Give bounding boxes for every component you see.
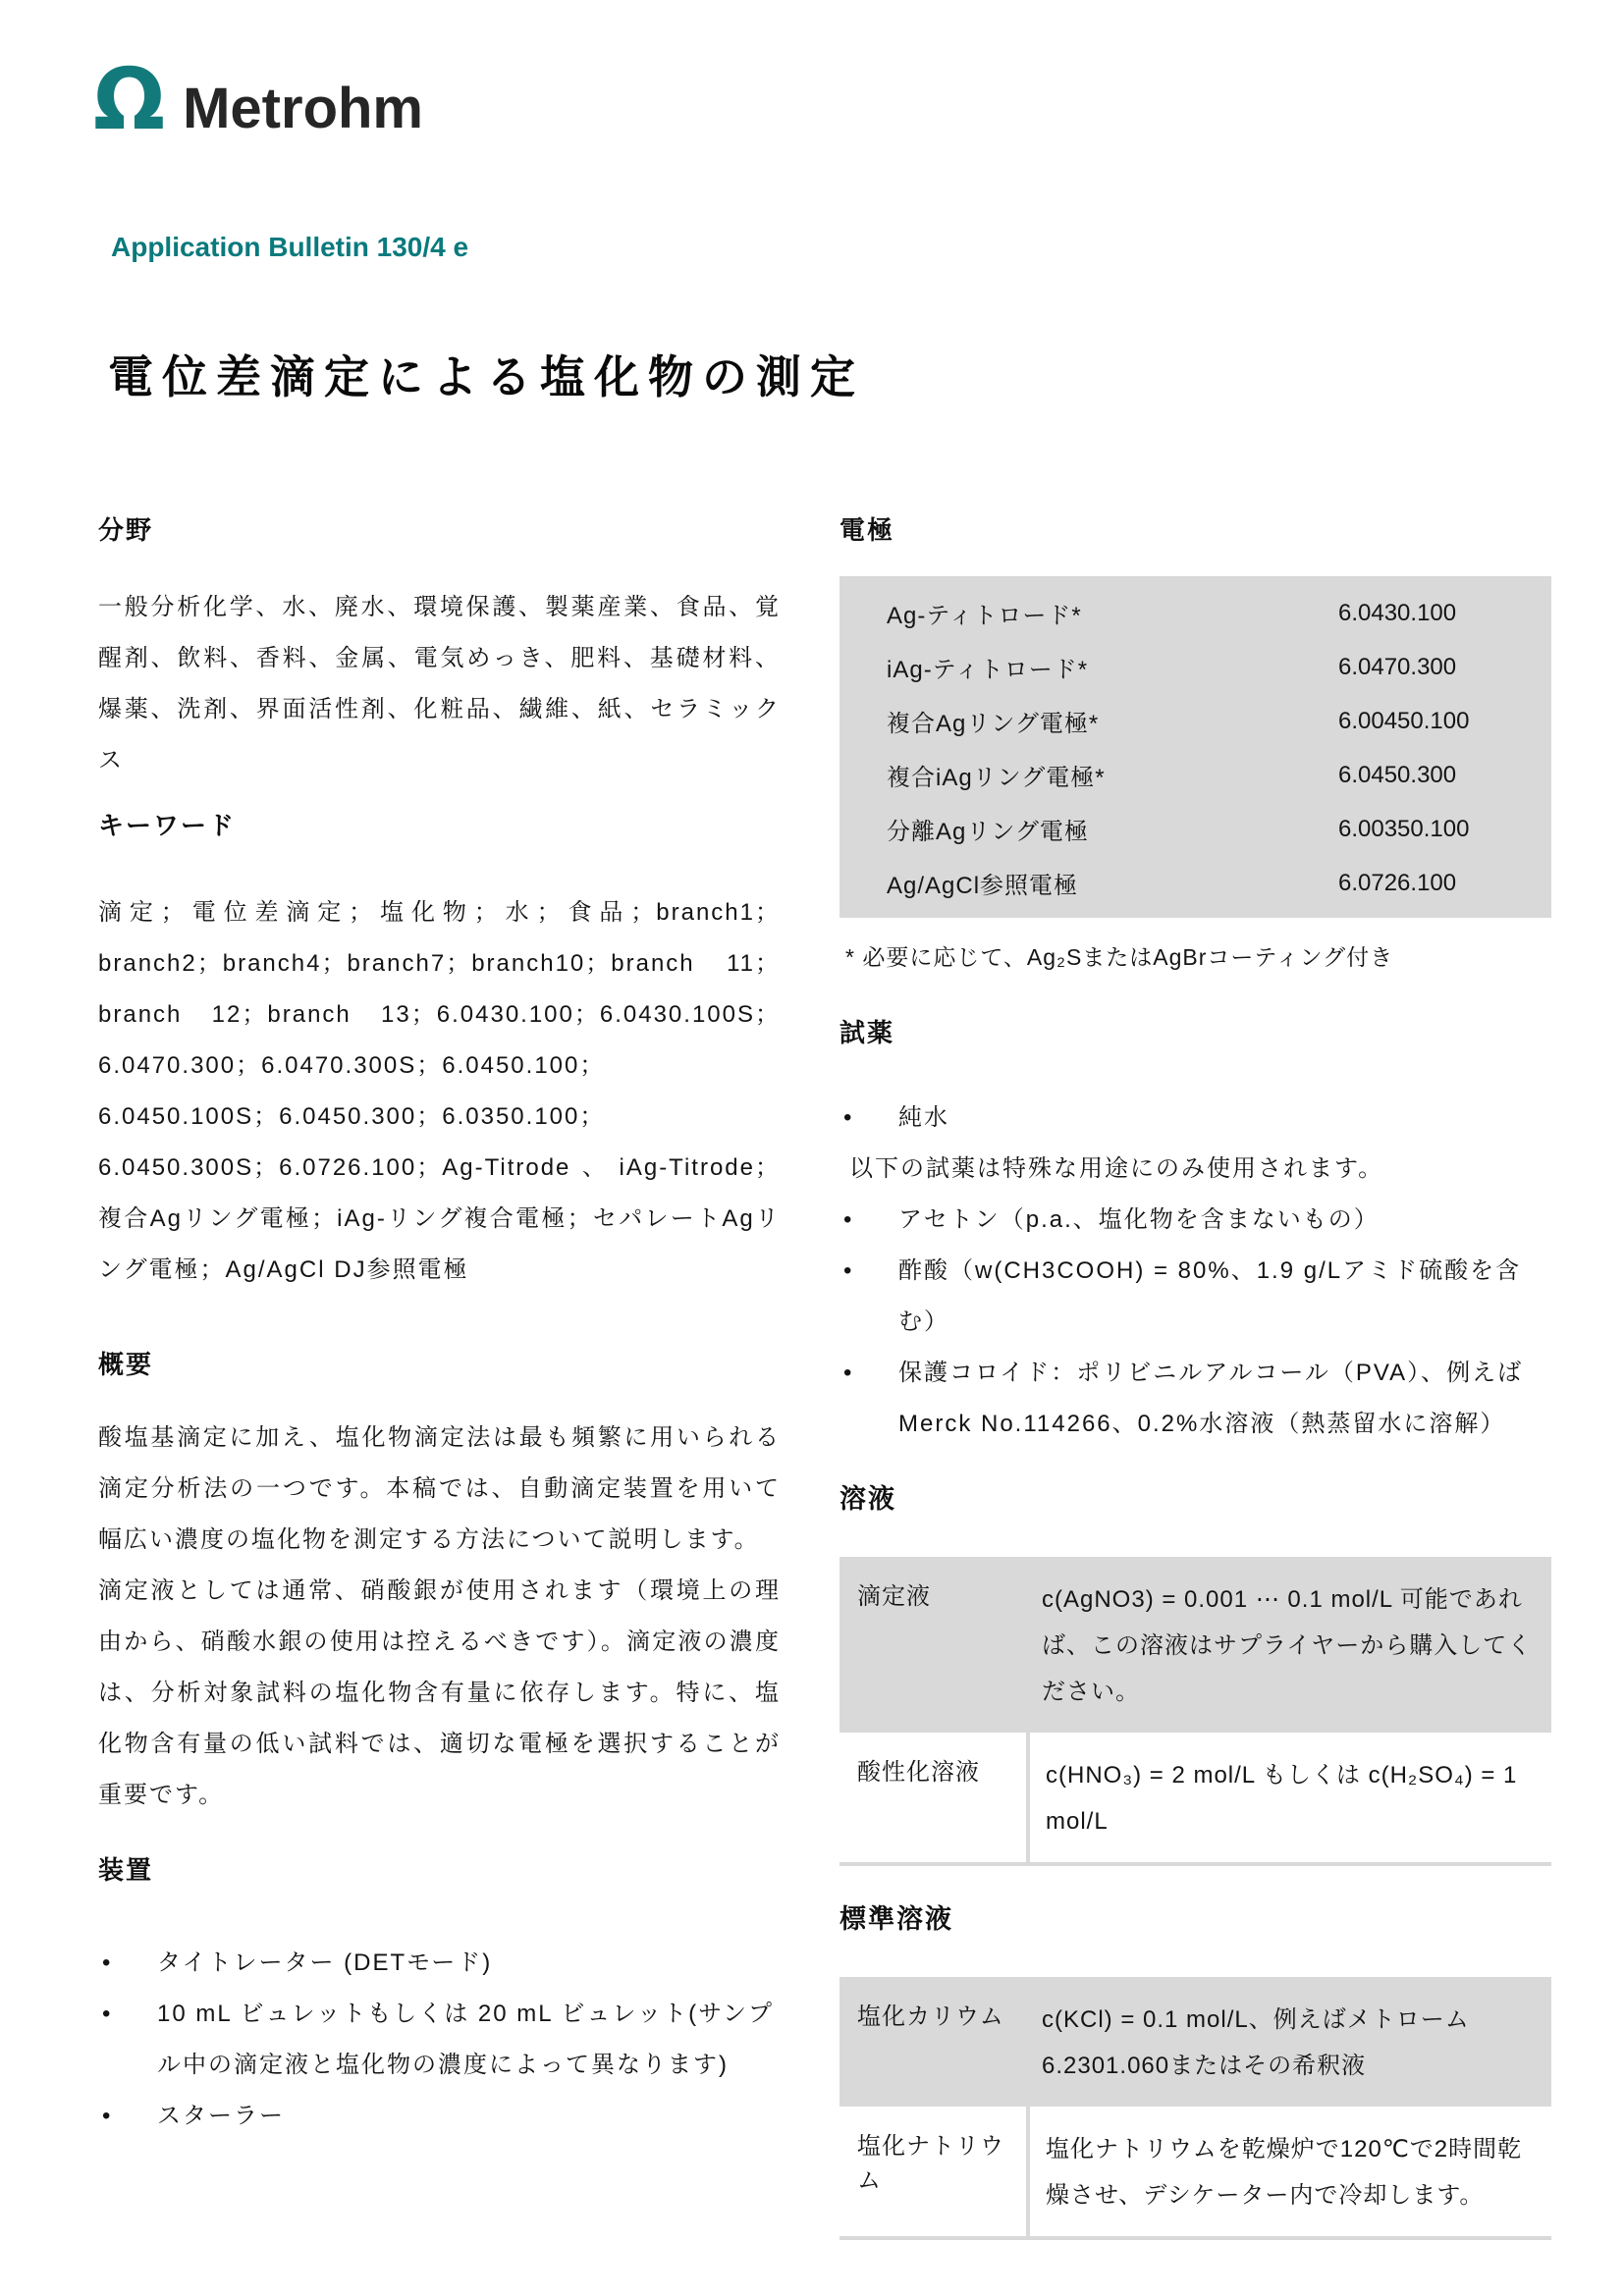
brand-name: Metrohm bbox=[183, 80, 423, 141]
list-item-text: タイトレーター (DETモード) bbox=[157, 1949, 492, 1976]
electrode-name: Ag-ティトロード* bbox=[839, 596, 1338, 630]
standard-spec: c(KCl) = 0.1 mol/L、例えばメトローム6.2301.060または… bbox=[1026, 1977, 1551, 2107]
equipment-heading: 装置 bbox=[98, 1850, 781, 1887]
summary-paragraph-1: 酸塩基滴定に加え、塩化物滴定法は最も頻繁に用いられる滴定分析法の一つです。本稿で… bbox=[98, 1413, 781, 1566]
solutions-heading: 溶液 bbox=[839, 1477, 1551, 1516]
solution-spec: c(HNO₃) = 2 mol/L もしくは c(H₂SO₄) = 1 mol/… bbox=[1026, 1733, 1551, 1862]
list-item-text: スターラー bbox=[157, 2103, 285, 2129]
list-item-text: アセトン（p.a.、塩化物を含まないもの） bbox=[898, 1206, 1380, 1233]
table-row: iAg-ティトロード* 6.0470.300 bbox=[839, 640, 1551, 694]
electrode-name: 複合iAgリング電極* bbox=[839, 758, 1338, 792]
page-title: 電位差滴定による塩化物の測定 bbox=[108, 342, 864, 406]
electrode-code: 6.0726.100 bbox=[1338, 870, 1551, 897]
list-item: • スターラー bbox=[98, 2091, 781, 2142]
solution-name: 酸性化溶液 bbox=[839, 1733, 1026, 1862]
reagents-note: 以下の試薬は特殊な用途にのみ使用されます。 bbox=[839, 1144, 1551, 1195]
table-row: 複合iAgリング電極* 6.0450.300 bbox=[839, 748, 1551, 802]
table-row: 酸性化溶液 c(HNO₃) = 2 mol/L もしくは c(H₂SO₄) = … bbox=[839, 1733, 1551, 1866]
bullet-icon: • bbox=[843, 1195, 853, 1246]
electrode-name: 分離Agリング電極 bbox=[839, 812, 1338, 846]
right-column: 電極 Ag-ティトロード* 6.0430.100 iAg-ティトロード* 6.0… bbox=[839, 496, 1551, 2240]
standard-spec: 塩化ナトリウムを乾燥炉で120℃で2時間乾燥させ、デシケーター内で冷却します。 bbox=[1026, 2107, 1551, 2236]
list-item-text: 純水 bbox=[898, 1104, 949, 1131]
electrode-code: 6.0430.100 bbox=[1338, 600, 1551, 627]
table-row: Ag-ティトロード* 6.0430.100 bbox=[839, 586, 1551, 640]
list-item: • 保護コロイド：ポリビニルアルコール（PVA）、例えばMerck No.114… bbox=[839, 1348, 1551, 1450]
table-row: 塩化カリウム c(KCl) = 0.1 mol/L、例えばメトローム6.2301… bbox=[839, 1977, 1551, 2107]
electrode-name: 複合Agリング電極* bbox=[839, 704, 1338, 738]
metrohm-logo: Ω Metrohm bbox=[93, 61, 423, 141]
list-item: • 10 mL ビュレットもしくは 20 mL ビュレット(サンプル中の滴定液と… bbox=[98, 1989, 781, 2091]
list-item: • タイトレーター (DETモード) bbox=[98, 1938, 781, 1989]
reagents-heading: 試薬 bbox=[839, 1013, 1551, 1049]
list-item-text: 保護コロイド：ポリビニルアルコール（PVA）、例えばMerck No.11426… bbox=[898, 1360, 1523, 1437]
list-item-text: 酢酸（w(CH3COOH) = 80%、1.9 g/Lアミド硫酸を含む） bbox=[898, 1257, 1521, 1335]
solutions-table: 滴定液 c(AgNO3) = 0.001 ⋯ 0.1 mol/L 可能であれば、… bbox=[839, 1557, 1551, 1866]
electrodes-footnote: * 必要に応じて、Ag₂SまたはAgBrコーティング付き bbox=[839, 939, 1551, 972]
summary-paragraph-2: 滴定液としては通常、硝酸銀が使用されます（環境上の理由から、硝酸水銀の使用は控え… bbox=[98, 1566, 781, 1821]
standard-name: 塩化ナトリウム bbox=[839, 2107, 1026, 2236]
bullet-icon: • bbox=[102, 1989, 112, 2040]
table-row: 塩化ナトリウム 塩化ナトリウムを乾燥炉で120℃で2時間乾燥させ、デシケーター内… bbox=[839, 2107, 1551, 2240]
solution-name: 滴定液 bbox=[839, 1557, 1026, 1733]
electrodes-table: Ag-ティトロード* 6.0430.100 iAg-ティトロード* 6.0470… bbox=[839, 576, 1551, 918]
list-item: • 酢酸（w(CH3COOH) = 80%、1.9 g/Lアミド硫酸を含む） bbox=[839, 1246, 1551, 1348]
table-row: 分離Agリング電極 6.00350.100 bbox=[839, 802, 1551, 856]
left-column: 分野 一般分析化学、水、廃水、環境保護、製薬産業、食品、覚醒剤、飲料、香料、金属… bbox=[98, 496, 781, 2142]
electrode-name: Ag/AgCl参照電極 bbox=[839, 866, 1338, 900]
bullet-icon: • bbox=[843, 1348, 853, 1399]
standards-heading: 標準溶液 bbox=[839, 1897, 1551, 1936]
electrodes-heading: 電極 bbox=[839, 510, 1551, 547]
bullet-icon: • bbox=[102, 2091, 112, 2142]
list-item-text: 10 mL ビュレットもしくは 20 mL ビュレット(サンプル中の滴定液と塩化… bbox=[157, 2001, 774, 2078]
reagents-list: • 純水 以下の試薬は特殊な用途にのみ使用されます。 • アセトン（p.a.、塩… bbox=[839, 1093, 1551, 1450]
bullet-icon: • bbox=[843, 1246, 853, 1297]
list-item: • アセトン（p.a.、塩化物を含まないもの） bbox=[839, 1195, 1551, 1246]
summary-heading: 概要 bbox=[98, 1345, 781, 1381]
solution-spec: c(AgNO3) = 0.001 ⋯ 0.1 mol/L 可能であれば、この溶液… bbox=[1026, 1557, 1551, 1733]
table-row: 複合Agリング電極* 6.00450.100 bbox=[839, 694, 1551, 748]
omega-logo-icon: Ω bbox=[93, 61, 165, 141]
equipment-list: • タイトレーター (DETモード) • 10 mL ビュレットもしくは 20 … bbox=[98, 1938, 781, 2142]
document-page: Ω Metrohm Application Bulletin 130/4 e 電… bbox=[0, 0, 1624, 2296]
list-item: • 純水 bbox=[839, 1093, 1551, 1144]
bullet-icon: • bbox=[843, 1093, 853, 1144]
keywords-paragraph: 滴定；電位差滴定；塩化物；水；食品；branch1；branch2；branch… bbox=[98, 887, 781, 1296]
electrode-code: 6.00350.100 bbox=[1338, 816, 1551, 843]
standard-name: 塩化カリウム bbox=[839, 1977, 1026, 2107]
keywords-heading: キーワード bbox=[98, 806, 781, 842]
field-heading: 分野 bbox=[98, 510, 781, 547]
field-paragraph: 一般分析化学、水、廃水、環境保護、製薬産業、食品、覚醒剤、飲料、香料、金属、電気… bbox=[98, 582, 781, 786]
standards-table: 塩化カリウム c(KCl) = 0.1 mol/L、例えばメトローム6.2301… bbox=[839, 1977, 1551, 2240]
electrode-code: 6.00450.100 bbox=[1338, 708, 1551, 735]
electrode-code: 6.0450.300 bbox=[1338, 762, 1551, 789]
table-row: 滴定液 c(AgNO3) = 0.001 ⋯ 0.1 mol/L 可能であれば、… bbox=[839, 1557, 1551, 1733]
bullet-icon: • bbox=[102, 1938, 112, 1989]
electrode-name: iAg-ティトロード* bbox=[839, 650, 1338, 684]
electrode-code: 6.0470.300 bbox=[1338, 654, 1551, 681]
bulletin-number: Application Bulletin 130/4 e bbox=[111, 232, 468, 263]
table-row: Ag/AgCl参照電極 6.0726.100 bbox=[839, 856, 1551, 910]
